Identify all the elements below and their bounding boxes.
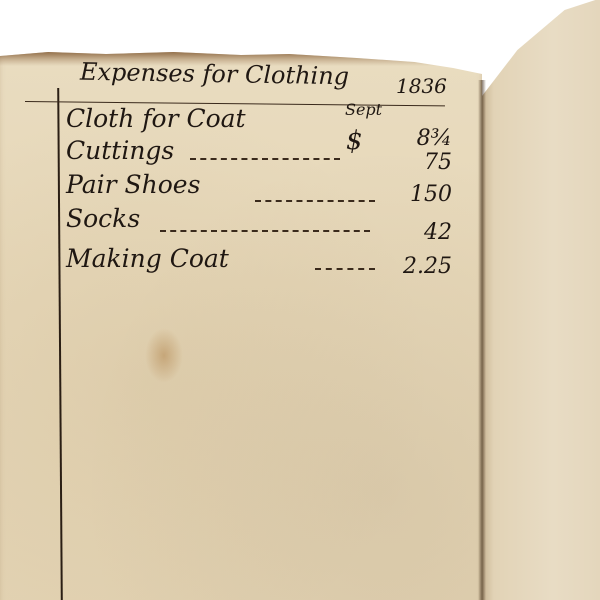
open-ledger-book: Expenses for Clothing 1836 Sept Cloth fo… [0,0,600,600]
leader-dashes [190,158,340,160]
ledger-year: 1836 [396,74,447,98]
entry-amount-value: 8 [417,126,431,151]
leader-dashes [160,230,370,232]
entry-label: Cloth for Coat [66,104,246,133]
paper-stain [145,328,183,383]
entry-amount: 150 [342,182,452,207]
right-page [482,0,600,600]
ledger-month: Sept [345,100,382,119]
entry-amount: 2.25 [342,254,452,279]
entry-amount: 75 [342,150,452,175]
entry-amount: 8¾ [342,126,452,151]
entry-label: Pair Shoes [66,170,200,199]
book-gutter [478,80,486,600]
entry-label: Cuttings [66,136,174,165]
ledger-title: Expenses for Clothing [80,58,350,91]
entry-amount-fraction: ¾ [431,126,452,151]
entry-amount: 42 [342,220,452,245]
entry-label: Making Coat [66,244,229,273]
entry-label: Socks [66,204,140,233]
